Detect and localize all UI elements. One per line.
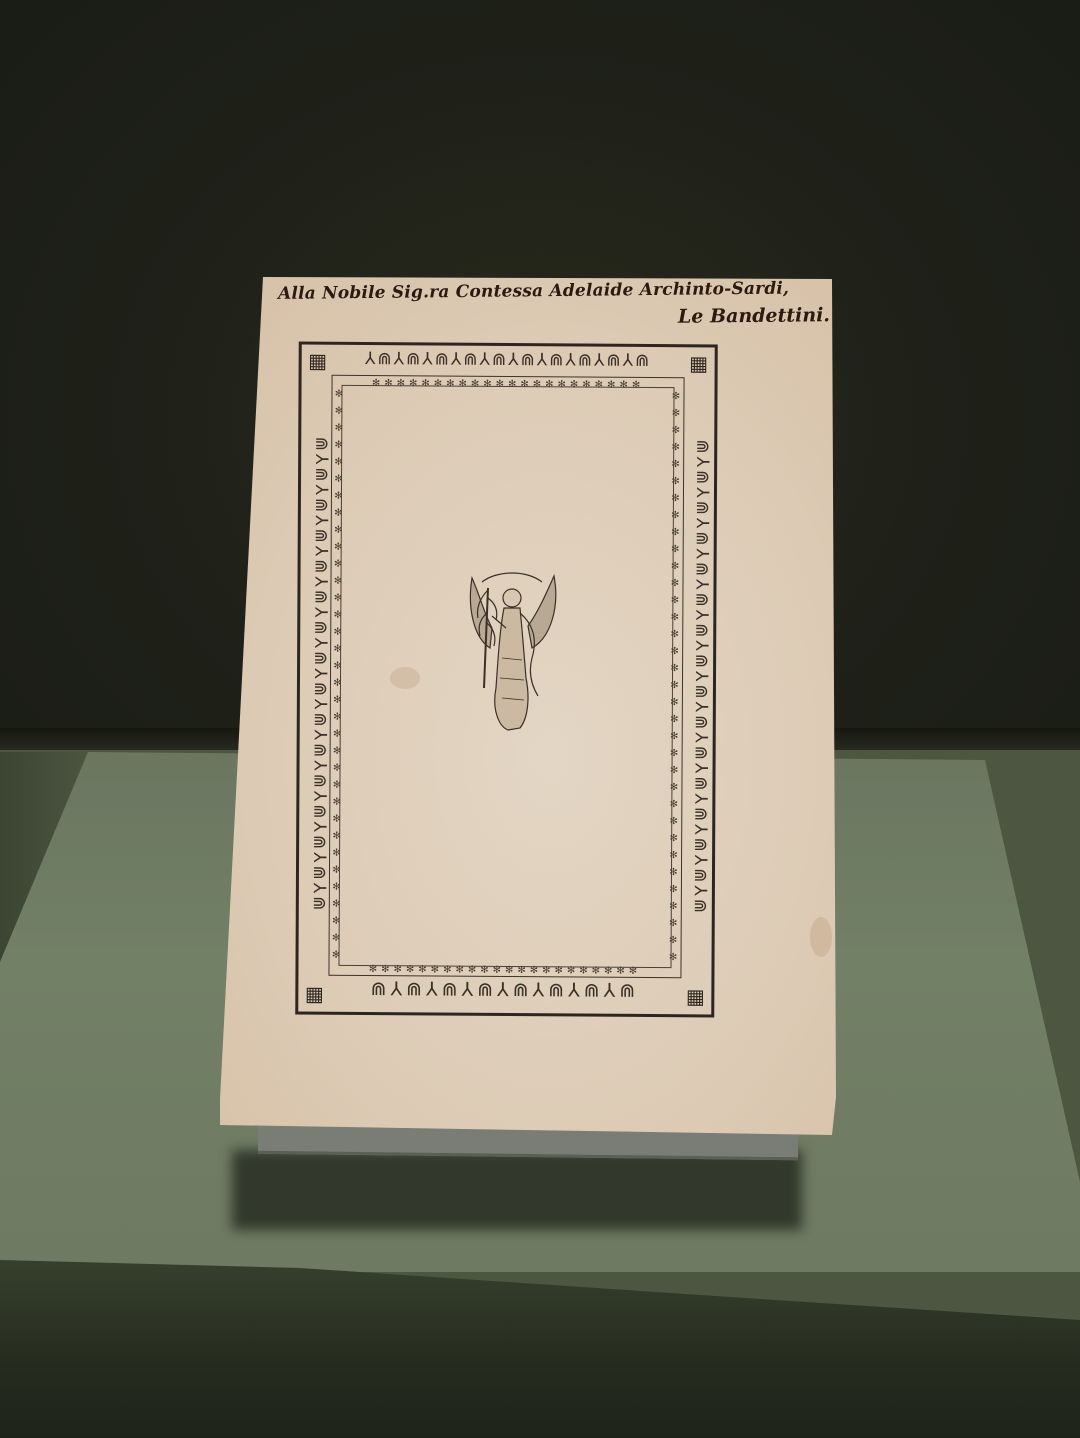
dedication-line-1: Alla Nobile Sig.ra Contessa Adelaide Arc… [278, 278, 838, 304]
stand-shadow [232, 1150, 802, 1230]
corner-ornament-icon: ▦ [306, 349, 330, 373]
corner-ornament-icon: ▦ [302, 982, 326, 1006]
handwritten-dedication: Alla Nobile Sig.ra Contessa Adelaide Arc… [278, 281, 838, 329]
left-shell-ornament-band: ⋒⅄⋒⅄⋒⅄⋒⅄⋒⅄⋒⅄⋒⅄⋒⅄⋒⅄⋒⅄⋒⅄⋒⅄⋒⅄⋒⅄⋒⅄⋒ [302, 379, 329, 972]
right-shell-ornament-band: ⋒⅄⋒⅄⋒⅄⋒⅄⋒⅄⋒⅄⋒⅄⋒⅄⋒⅄⋒⅄⋒⅄⋒⅄⋒⅄⋒⅄⋒⅄⋒ [683, 381, 710, 974]
corner-ornament-icon: ▦ [683, 984, 707, 1008]
paper-stain [810, 917, 832, 957]
dedication-signature: Le Bandettini. [278, 304, 838, 332]
corner-ornament-icon: ▦ [687, 351, 711, 375]
angel-vignette-icon [462, 568, 562, 738]
top-shell-ornament-band: ⅄⋒⅄⋒⅄⋒⅄⋒⅄⋒⅄⋒⅄⋒⅄⋒⅄⋒⅄⋒ [334, 351, 683, 375]
bottom-shell-ornament-band: ⋒⅄⋒⅄⋒⅄⋒⅄⋒⅄⋒⅄⋒⅄⋒ [330, 980, 679, 1006]
